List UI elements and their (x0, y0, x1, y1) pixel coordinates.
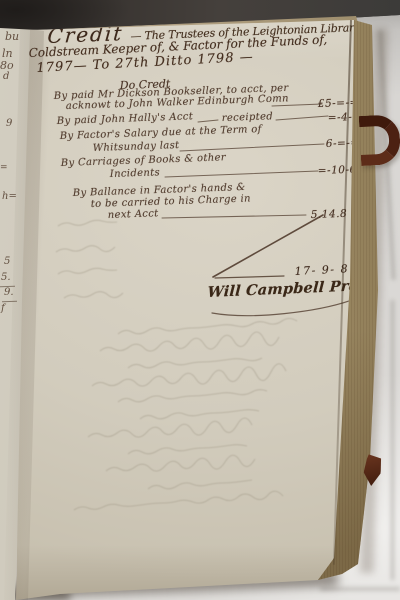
left-page-fragment: h= (2, 191, 17, 202)
left-page-fragment: 9 (6, 118, 12, 129)
left-page-fragment: 5 (4, 256, 10, 267)
left-page-fragment: = (0, 163, 8, 173)
sum-diagonal-line (213, 215, 323, 277)
left-page-fragment: 9. (4, 287, 14, 298)
left-page-fragment: d (3, 71, 9, 82)
signature-flourish (212, 300, 352, 316)
cloth-crease (320, 586, 400, 592)
left-page-fragment: f (1, 303, 5, 314)
sum-base-line (215, 276, 284, 278)
left-page-fragment: 5. (1, 272, 11, 283)
ledger-photo: bu ln 8o d 9 = h= 5 5. 9. f (0, 0, 400, 600)
cloth-crease (390, 300, 395, 580)
left-page-fragment: bu (5, 30, 19, 43)
